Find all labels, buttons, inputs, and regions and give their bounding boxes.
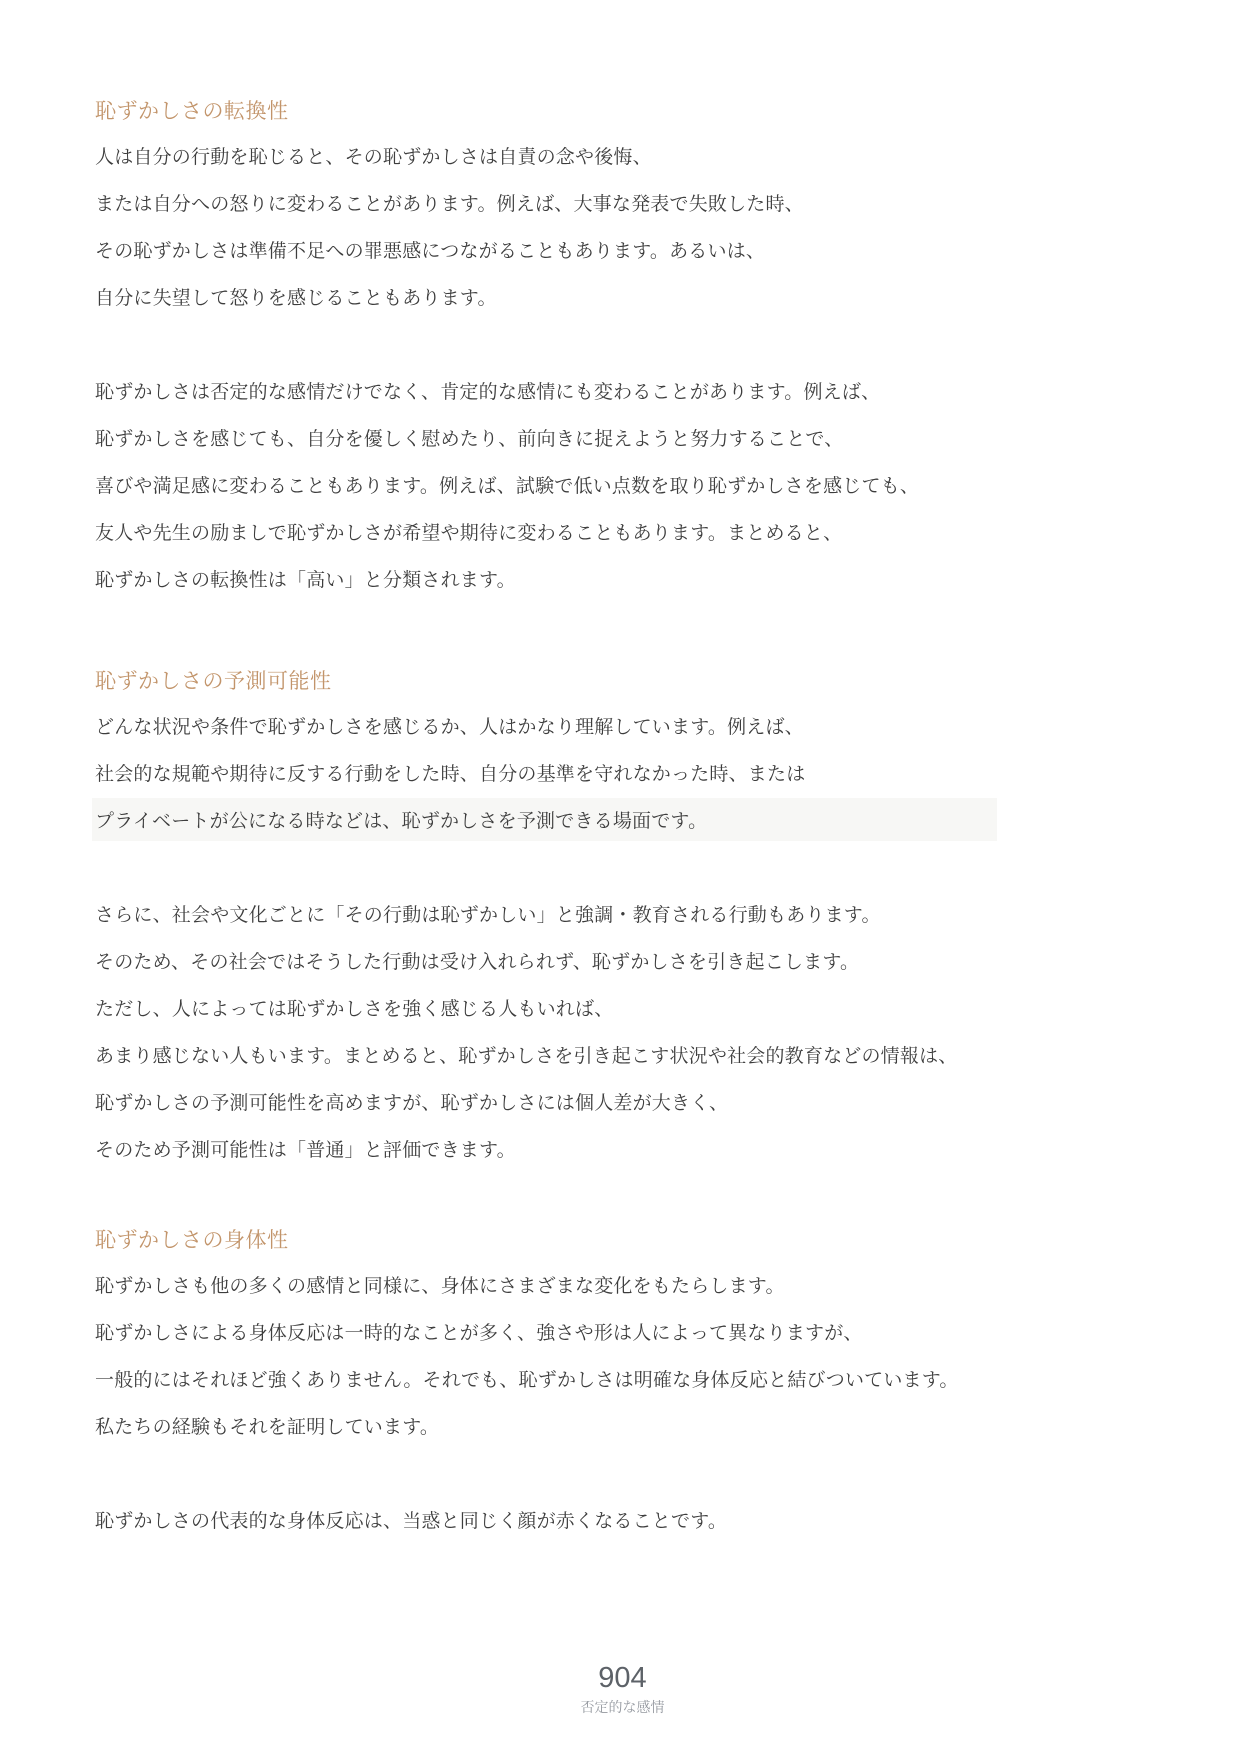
text-line: 恥ずかしさの予測可能性を高めますが、恥ずかしさには個人差が大きく、 <box>95 1080 1150 1127</box>
text-line: さらに、社会や文化ごとに「その行動は恥ずかしい」と強調・教育される行動もあります… <box>95 892 1150 939</box>
text-line: 恥ずかしさを感じても、自分を優しく慰めたり、前向きに捉えようと努力することで、 <box>95 416 1150 463</box>
text-line: 恥ずかしさは否定的な感情だけでなく、肯定的な感情にも変わることがあります。例えば… <box>95 369 1150 416</box>
paragraph: 人は自分の行動を恥じると、その恥ずかしさは自責の念や後悔、 または自分への怒りに… <box>95 134 1150 322</box>
text-line: ただし、人によっては恥ずかしさを強く感じる人もいれば、 <box>95 986 1150 1033</box>
paragraph: 恥ずかしさも他の多くの感情と同様に、身体にさまざまな変化をもたらします。 恥ずか… <box>95 1263 1150 1451</box>
section-predictability: 恥ずかしさの予測可能性 どんな状況や条件で恥ずかしさを感じるか、人はかなり理解し… <box>95 666 1150 1174</box>
paragraph: さらに、社会や文化ごとに「その行動は恥ずかしい」と強調・教育される行動もあります… <box>95 892 1150 1174</box>
text-line: 恥ずかしさも他の多くの感情と同様に、身体にさまざまな変化をもたらします。 <box>95 1263 1150 1310</box>
footer-section-label: 否定的な感情 <box>95 1696 1150 1718</box>
text-line: 私たちの経験もそれを証明しています。 <box>95 1404 1150 1451</box>
paragraph: どんな状況や条件で恥ずかしさを感じるか、人はかなり理解しています。例えば、 社会… <box>95 704 1150 845</box>
text-line: 喜びや満足感に変わることもあります。例えば、試験で低い点数を取り恥ずかしさを感じ… <box>95 463 1150 510</box>
paragraph: 恥ずかしさは否定的な感情だけでなく、肯定的な感情にも変わることがあります。例えば… <box>95 369 1150 604</box>
section-physicality: 恥ずかしさの身体性 恥ずかしさも他の多くの感情と同様に、身体にさまざまな変化をも… <box>95 1225 1150 1545</box>
section-convertibility: 恥ずかしさの転換性 人は自分の行動を恥じると、その恥ずかしさは自責の念や後悔、 … <box>95 96 1150 604</box>
text-line: プライベートが公になる時などは、恥ずかしさを予測できる場面です。 <box>95 811 707 832</box>
text-line: そのため、その社会ではそうした行動は受け入れられず、恥ずかしさを引き起こします。 <box>95 939 1150 986</box>
text-line: あまり感じない人もいます。まとめると、恥ずかしさを引き起こす状況や社会的教育など… <box>95 1033 1150 1080</box>
section-heading: 恥ずかしさの予測可能性 <box>95 666 1150 696</box>
text-line: 社会的な規範や期待に反する行動をした時、自分の基準を守れなかった時、または <box>95 751 1150 798</box>
text-line: 恥ずかしさによる身体反応は一時的なことが多く、強さや形は人によって異なりますが、 <box>95 1310 1150 1357</box>
page-number: 904 <box>95 1660 1150 1696</box>
page-footer: 904 否定的な感情 <box>95 1660 1150 1718</box>
text-line: 恥ずかしさの代表的な身体反応は、当惑と同じく顔が赤くなることです。 <box>95 1498 1150 1545</box>
text-line: 自分に失望して怒りを感じることもあります。 <box>95 275 1150 322</box>
text-line: 友人や先生の励ましで恥ずかしさが希望や期待に変わることもあります。まとめると、 <box>95 510 1150 557</box>
text-line: 恥ずかしさの転換性は「高い」と分類されます。 <box>95 557 1150 604</box>
text-line: 人は自分の行動を恥じると、その恥ずかしさは自責の念や後悔、 <box>95 134 1150 181</box>
text-line: どんな状況や条件で恥ずかしさを感じるか、人はかなり理解しています。例えば、 <box>95 704 1150 751</box>
section-heading: 恥ずかしさの身体性 <box>95 1225 1150 1255</box>
text-line: その恥ずかしさは準備不足への罪悪感につながることもあります。あるいは、 <box>95 228 1150 275</box>
section-heading: 恥ずかしさの転換性 <box>95 96 1150 126</box>
text-line: または自分への怒りに変わることがあります。例えば、大事な発表で失敗した時、 <box>95 181 1150 228</box>
text-line-highlighted: プライベートが公になる時などは、恥ずかしさを予測できる場面です。 <box>95 798 1150 845</box>
document-page: 恥ずかしさの転換性 人は自分の行動を恥じると、その恥ずかしさは自責の念や後悔、 … <box>0 0 1240 1754</box>
text-line: 一般的にはそれほど強くありません。それでも、恥ずかしさは明確な身体反応と結びつい… <box>95 1357 1150 1404</box>
paragraph: 恥ずかしさの代表的な身体反応は、当惑と同じく顔が赤くなることです。 <box>95 1498 1150 1545</box>
text-line: そのため予測可能性は「普通」と評価できます。 <box>95 1127 1150 1174</box>
